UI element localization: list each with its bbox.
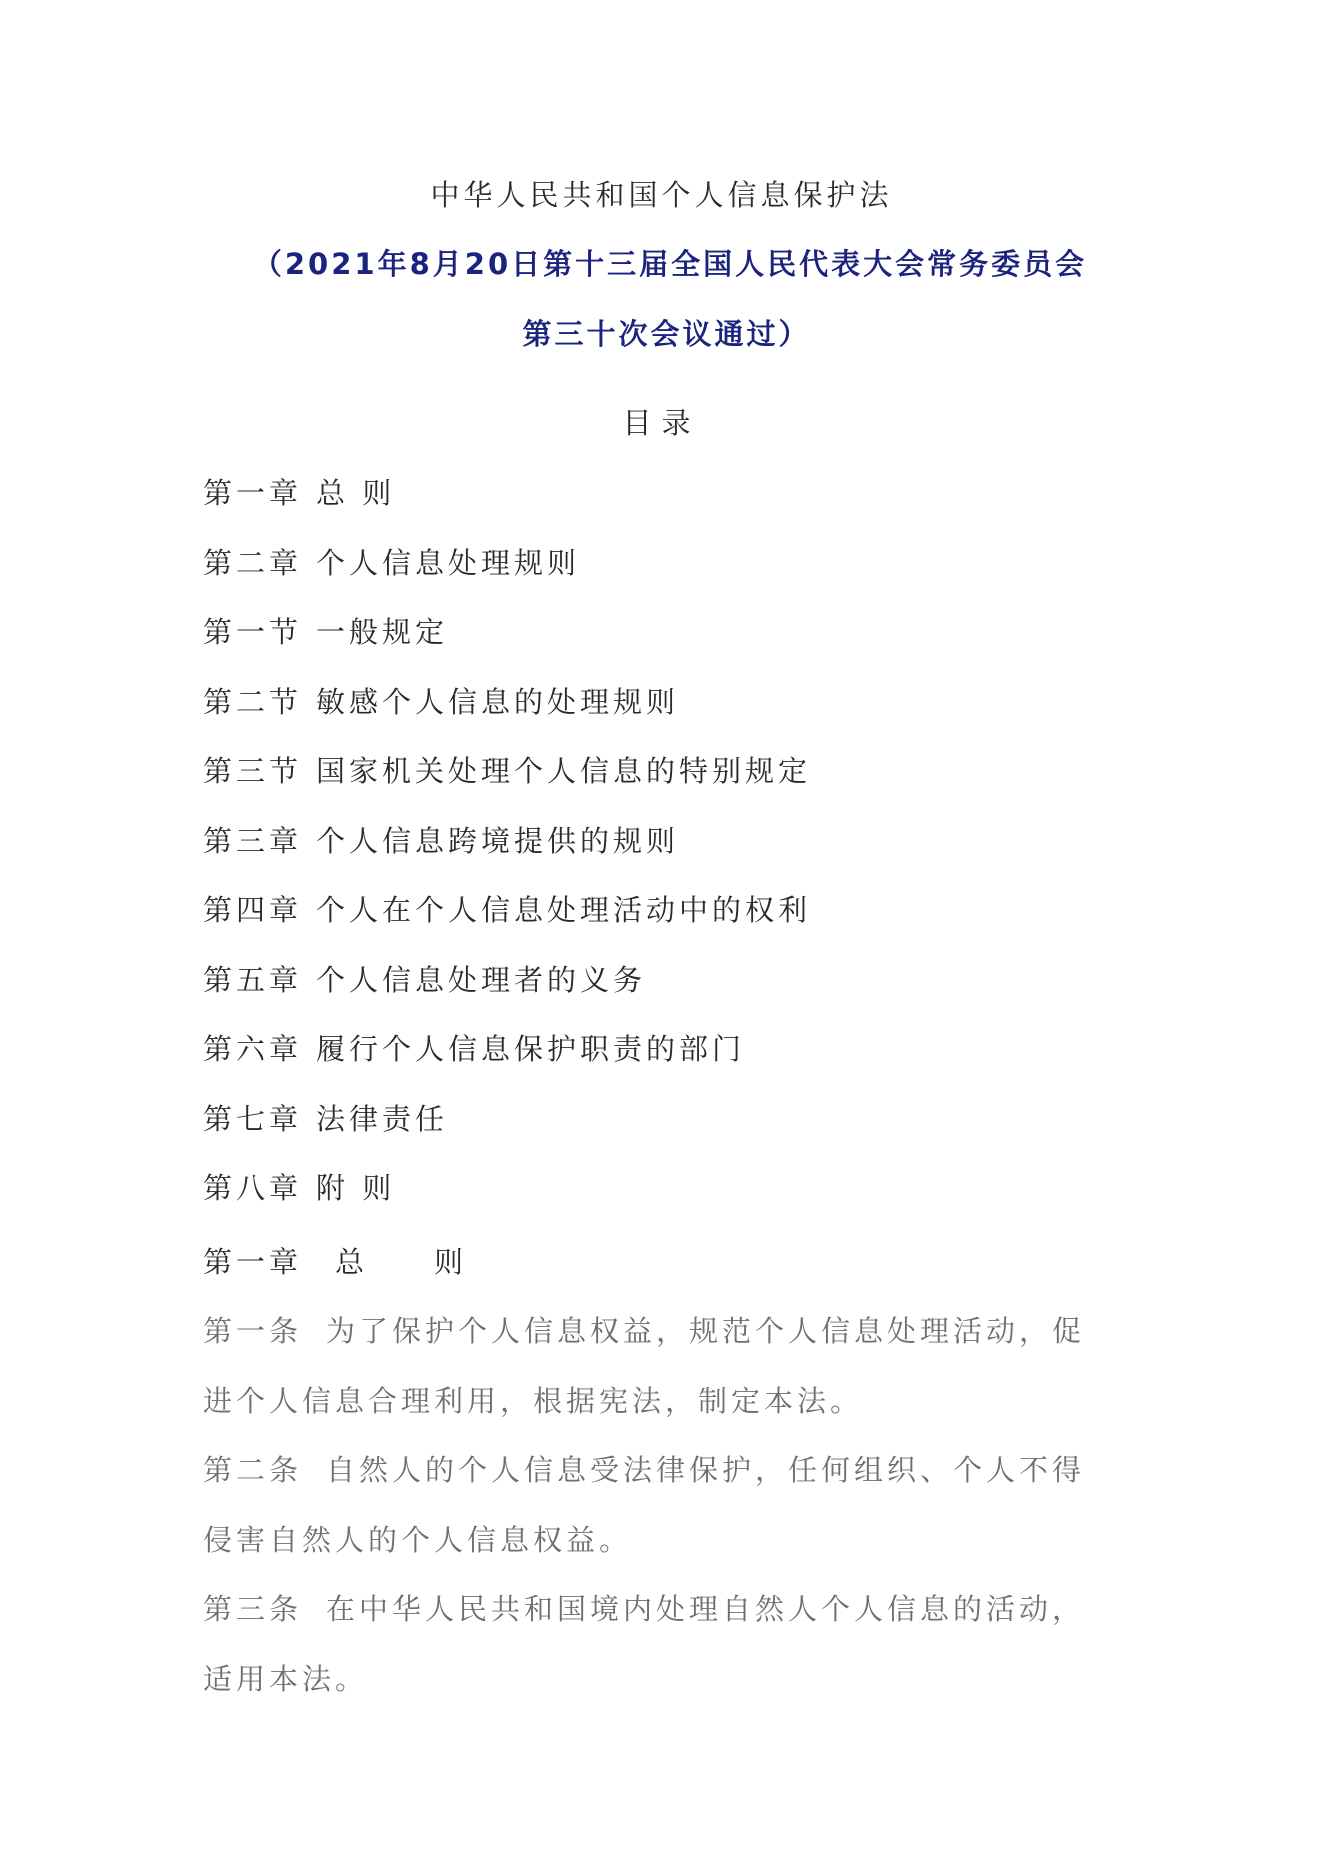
articles: 第一条为了保护个人信息权益，规范个人信息处理活动，促 进个人信息合理利用，根据宪…: [203, 1311, 1123, 1728]
toc-item-number: 第八章: [203, 1171, 302, 1205]
table-of-contents: 第一章总 则 第二章个人信息处理规则 第一节一般规定 第二节敏感个人信息的处理规…: [203, 473, 811, 1238]
toc-item-title: 一般规定: [316, 615, 448, 649]
article-3-line-1: 第三条在中华人民共和国境内处理自然人个人信息的活动，: [203, 1589, 1123, 1659]
toc-item-chapter-2: 第二章个人信息处理规则: [203, 543, 811, 613]
article-text: 在中华人民共和国境内处理自然人个人信息的活动，: [326, 1592, 1085, 1626]
adoption-note-line-2: 第三十次会议通过）: [0, 314, 1323, 354]
toc-item-number: 第一章: [203, 476, 302, 510]
article-2-line-2: 侵害自然人的个人信息权益。: [203, 1520, 1123, 1590]
toc-heading: 目录: [0, 403, 1323, 443]
article-1-line-2: 进个人信息合理利用，根据宪法，制定本法。: [203, 1381, 1123, 1451]
article-label: 第二条: [203, 1453, 302, 1487]
toc-item-section-2: 第二节敏感个人信息的处理规则: [203, 682, 811, 752]
toc-item-chapter-5: 第五章个人信息处理者的义务: [203, 960, 811, 1030]
toc-item-title: 总 则: [316, 476, 395, 510]
article-2-line-1: 第二条自然人的个人信息受法律保护，任何组织、个人不得: [203, 1450, 1123, 1520]
toc-item-chapter-4: 第四章个人在个人信息处理活动中的权利: [203, 890, 811, 960]
toc-item-title: 敏感个人信息的处理规则: [316, 685, 679, 719]
toc-item-section-1: 第一节一般规定: [203, 612, 811, 682]
toc-item-chapter-1: 第一章总 则: [203, 473, 811, 543]
toc-item-chapter-8: 第八章附 则: [203, 1168, 811, 1238]
toc-item-title: 履行个人信息保护职责的部门: [316, 1032, 745, 1066]
article-3-line-2: 适用本法。: [203, 1659, 1123, 1729]
document-page: 中华人民共和国个人信息保护法 （2021年8月20日第十三届全国人民代表大会常务…: [0, 0, 1323, 1871]
toc-item-title: 个人在个人信息处理活动中的权利: [316, 893, 811, 927]
article-text: 自然人的个人信息受法律保护，任何组织、个人不得: [326, 1453, 1085, 1487]
adoption-note-line-1: （2021年8月20日第十三届全国人民代表大会常务委员会: [215, 244, 1125, 284]
toc-item-number: 第二章: [203, 546, 302, 580]
toc-item-number: 第五章: [203, 963, 302, 997]
toc-item-title: 个人信息处理者的义务: [316, 963, 646, 997]
toc-item-chapter-6: 第六章履行个人信息保护职责的部门: [203, 1029, 811, 1099]
article-1-line-1: 第一条为了保护个人信息权益，规范个人信息处理活动，促: [203, 1311, 1123, 1381]
toc-item-title: 个人信息跨境提供的规则: [316, 824, 679, 858]
toc-item-section-3: 第三节国家机关处理个人信息的特别规定: [203, 751, 811, 821]
toc-item-number: 第三章: [203, 824, 302, 858]
toc-item-chapter-7: 第七章法律责任: [203, 1099, 811, 1169]
toc-item-number: 第四章: [203, 893, 302, 927]
toc-item-number: 第三节: [203, 754, 302, 788]
toc-item-number: 第二节: [203, 685, 302, 719]
article-label: 第三条: [203, 1592, 302, 1626]
toc-item-number: 第六章: [203, 1032, 302, 1066]
toc-item-number: 第一节: [203, 615, 302, 649]
article-label: 第一条: [203, 1314, 302, 1348]
article-text: 为了保护个人信息权益，规范个人信息处理活动，促: [326, 1314, 1085, 1348]
toc-item-number: 第七章: [203, 1102, 302, 1136]
toc-item-title: 法律责任: [316, 1102, 448, 1136]
toc-item-chapter-3: 第三章个人信息跨境提供的规则: [203, 821, 811, 891]
document-title: 中华人民共和国个人信息保护法: [0, 175, 1323, 215]
chapter-heading: 第一章 总 则: [203, 1242, 467, 1282]
toc-item-title: 国家机关处理个人信息的特别规定: [316, 754, 811, 788]
toc-item-title: 个人信息处理规则: [316, 546, 580, 580]
toc-item-title: 附 则: [316, 1171, 395, 1205]
